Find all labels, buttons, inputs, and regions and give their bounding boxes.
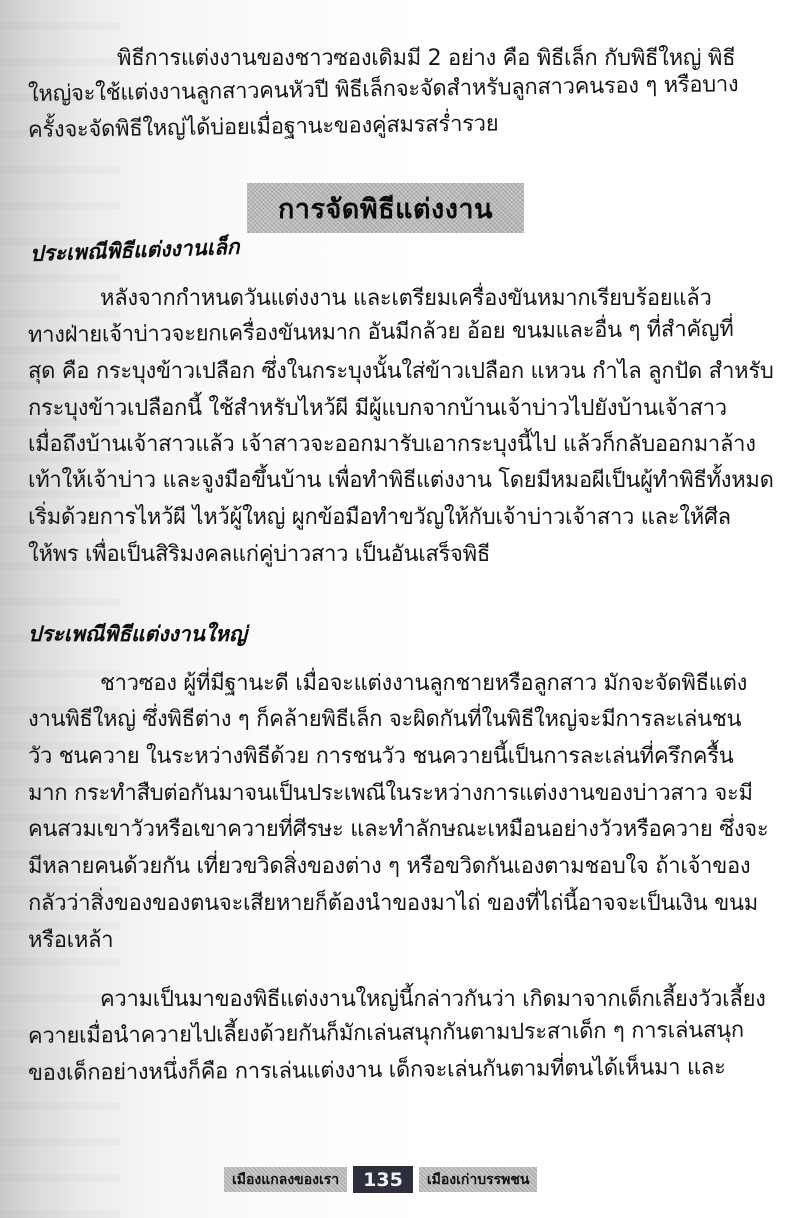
large-line-2: งานพิธีใหญ่ ซึ่งพิธีต่าง ๆ ก็คล้ายพิธีเล…: [28, 705, 741, 735]
small-line-6: เท้าให้เจ้าบ่าว และจูงมือขึ้นบ้าน เพื่อท…: [28, 466, 774, 496]
small-line-4: กระบุงข้าวเปลือกนี้ ใช้สำหรับไหว้ผี มีผู…: [28, 394, 727, 424]
large-line-8: หรือเหล้า: [28, 926, 113, 956]
page-number: 135: [353, 1166, 413, 1193]
intro-line-1: พิธีการแต่งงานของชาวซองเดิมมี 2 อย่าง คื…: [117, 44, 757, 74]
footer-right-label: เมืองเก่าบรรพชน: [419, 1167, 538, 1192]
large-line-6: มีหลายคนด้วยกัน เที่ยวขวิดสิ่งของต่าง ๆ …: [28, 852, 750, 882]
intro-line-3: ครั้งจะจัดพิธีใหญ่ได้บ่อยเมื่อฐานะของคู่…: [28, 109, 499, 146]
large-line-3: วัว ชนควาย ในระหว่างพิธีด้วย การชนวัว ชน…: [28, 742, 733, 772]
small-line-1: หลังจากกำหนดวันแต่งงาน และเตรียมเครื่องข…: [100, 284, 712, 314]
heading-small-ceremony: ประเพณีพิธีแต่งงานเล็ก: [30, 233, 241, 268]
book-page: พิธีการแต่งงานของชาวซองเดิมมี 2 อย่าง คื…: [0, 0, 800, 1218]
small-line-3: สุด คือ กระบุงข้าวเปลือก ซึ่งในกระบุงนั้…: [28, 357, 774, 387]
small-line-5: เมื่อถึงบ้านเจ้าสาวแล้ว เจ้าสาวจะออกมารั…: [28, 430, 756, 460]
section-title: การจัดพิธีแต่งงาน: [278, 187, 493, 230]
large-p2-line-1: ความเป็นมาของพิธีแต่งงานใหญ่นี้กล่าวกันว…: [100, 985, 766, 1015]
large-line-7: กลัวว่าสิ่งของของตนจะเสียหายก็ต้องนำของม…: [28, 889, 758, 919]
section-title-box: การจัดพิธีแต่งงาน: [247, 183, 524, 233]
small-line-2: ทางฝ่ายเจ้าบ่าวจะยกเครื่องขันหมาก อันมีก…: [28, 315, 734, 351]
large-line-1: ชาวซอง ผู้ที่มีฐานะดี เมื่อจะแต่งงานลูกช…: [100, 669, 747, 699]
heading-large-ceremony: ประเพณีพิธีแต่งงานใหญ่: [28, 620, 247, 648]
page-footer: เมืองแกลงของเรา 135 เมืองเก่าบรรพชน: [224, 1166, 537, 1193]
footer-left-label: เมืองแกลงของเรา: [224, 1167, 347, 1192]
large-p2-line-2: ควายเมื่อนำควายไปเลี้ยงด้วยกันก็มักเล่นส…: [28, 1016, 744, 1052]
large-line-4: มาก กระทำสืบต่อกันมาจนเป็นประเพณีในระหว่…: [28, 779, 753, 809]
small-line-7: เริ่มด้วยการไหว้ผี ไหว้ผู้ใหญ่ ผูกข้อมือ…: [28, 503, 731, 533]
intro-line-2: ใหญ่จะใช้แต่งงานลูกสาวคนหัวปี พิธีเล็กจะ…: [28, 70, 739, 110]
large-line-5: คนสวมเขาวัวหรือเขาควายที่ศีรษะ และทำลักษ…: [28, 815, 768, 845]
large-p2-line-3: ของเด็กอย่างหนึ่งก็คือ การเล่นแต่งงาน เด…: [28, 1053, 726, 1089]
small-line-8: ให้พร เพื่อเป็นสิริมงคลแก่คู่บ่าวสาว เป็…: [28, 540, 490, 570]
